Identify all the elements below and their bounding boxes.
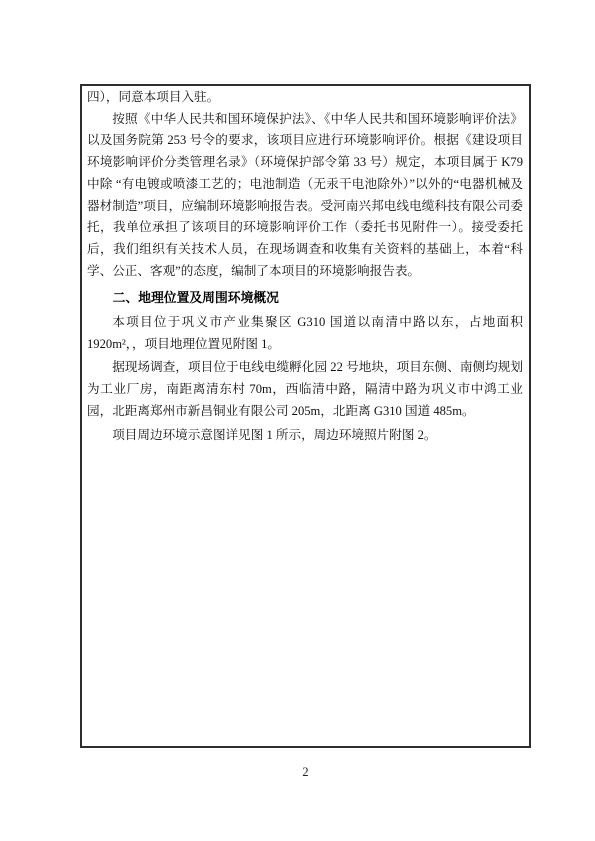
paragraph-continuation: 四），同意本项目入驻。 (87, 87, 523, 109)
paragraph-project-location: 本项目位于巩义市产业集聚区 G310 国道以南清中路以东，占地面积 1920m²… (87, 312, 523, 355)
paragraph-surroundings-reference: 项目周边环境示意图详见图 1 所示，周边环境照片附图 2。 (87, 425, 523, 447)
document-table-cell: 四），同意本项目入驻。 按照《中华人民共和国环境保护法》、《中华人民共和国环境影… (80, 84, 531, 748)
page-number: 2 (80, 764, 531, 780)
paragraph-legal-basis: 按照《中华人民共和国环境保护法》、《中华人民共和国环境影响评价法》以及国务院第 … (87, 109, 523, 283)
section-heading-geography: 二、地理位置及周围环境概况 (87, 288, 523, 310)
paragraph-site-survey: 据现场调查，项目位于电线电缆孵化园 22 号地块，项目东侧、南侧均规划为工业厂房… (87, 357, 523, 422)
